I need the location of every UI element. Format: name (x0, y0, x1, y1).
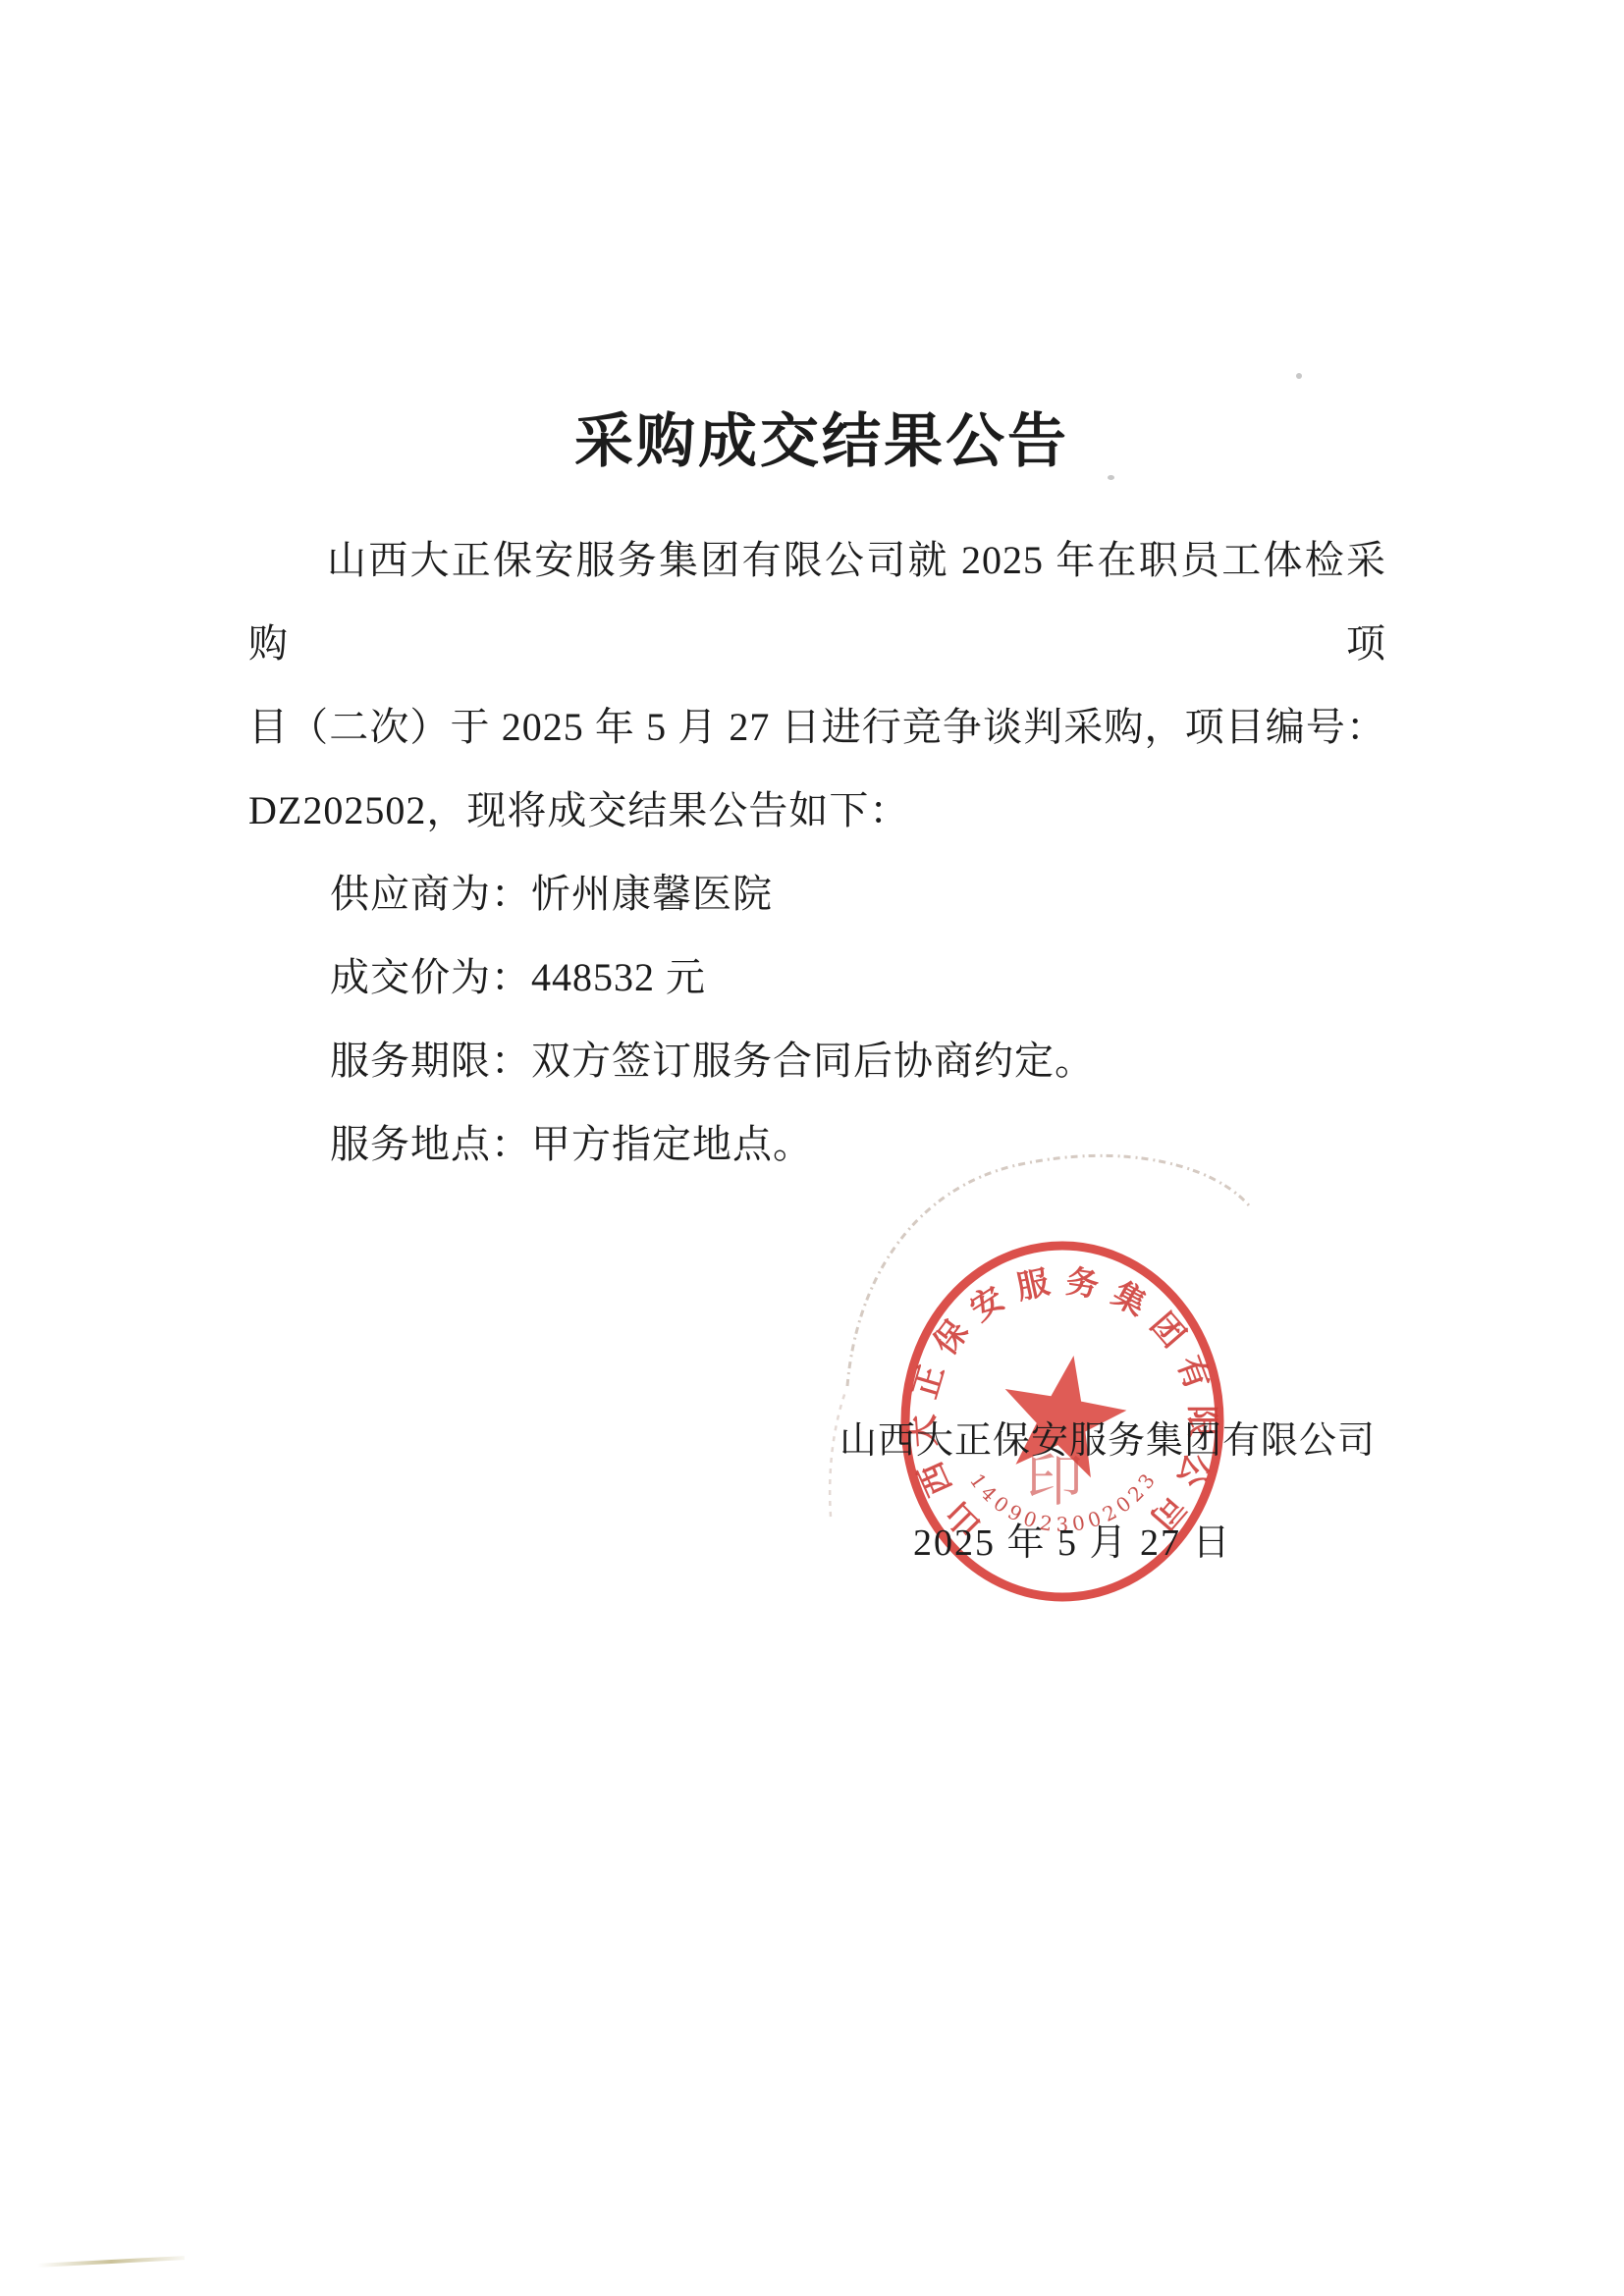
signature-date: 2025 年 5 月 27 日 (913, 1512, 1232, 1566)
paragraph-line-3: DZ202502，现将成交结果公告如下： (248, 769, 1386, 852)
scan-speck (1108, 475, 1114, 480)
scanned-document-page: 采购成交结果公告 山西大正保安服务集团有限公司就 2025 年在职员工体检采购项… (0, 0, 1624, 2296)
supplier-line: 供应商为：忻州康馨医院 (248, 852, 1386, 935)
ghost-stamp-arc (847, 1155, 1249, 1386)
price-line: 成交价为：448532 元 (248, 935, 1386, 1019)
company-seal-stamp: 山西大正保安服务集团有限公司 印 1409023002023 (776, 1080, 1443, 1688)
scan-edge-streak (37, 2256, 185, 2268)
signature-company: 山西大正保安服务集团有限公司 (839, 1410, 1376, 1464)
paragraph-line-1: 山西大正保安服务集团有限公司就 2025 年在职员工体检采购项 (248, 518, 1386, 685)
scan-speck (1296, 373, 1302, 379)
paragraph-line-2: 目（二次）于 2025 年 5 月 27 日进行竞争谈判采购，项目编号： (248, 685, 1386, 769)
document-title: 采购成交结果公告 (574, 395, 1069, 479)
